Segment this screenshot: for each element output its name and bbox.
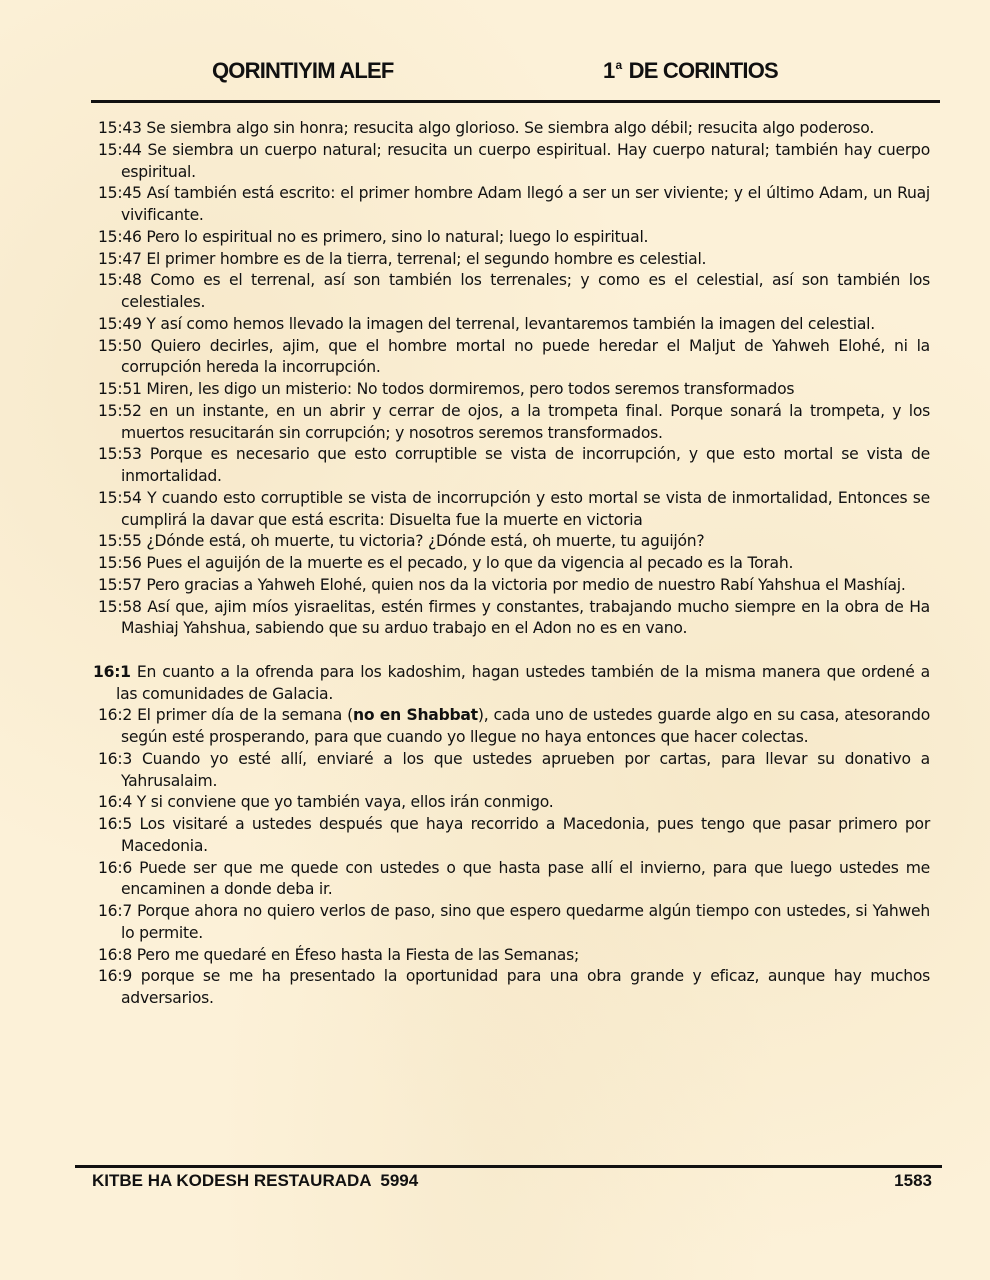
- verse: 15:58 Así que, ajim míos yisraelitas, es…: [98, 597, 930, 641]
- verse-text: Pero lo espiritual no es primero, sino l…: [146, 228, 648, 246]
- verse-text: porque se me ha presentado la oportunida…: [121, 967, 930, 1007]
- verse-number: 15:56: [98, 554, 142, 572]
- footer-divider: [75, 1165, 942, 1168]
- verse: 16:5 Los visitaré a ustedes después que …: [98, 814, 930, 858]
- verse-text: Puede ser que me quede con ustedes o que…: [121, 859, 930, 899]
- verse: 16:9 porque se me ha presentado la oport…: [98, 966, 930, 1010]
- verse-text: Porque ahora no quiero verlos de paso, s…: [121, 902, 930, 942]
- verse-text: Miren, les digo un misterio: No todos do…: [146, 380, 794, 398]
- scripture-text: 15:43 Se siembra algo sin honra; resucit…: [98, 118, 930, 1010]
- verse: 16:8 Pero me quedaré en Éfeso hasta la F…: [98, 945, 930, 967]
- page-footer: KITBE HA KODESH RESTAURADA 5994 1583: [92, 1171, 932, 1193]
- verse-emphasis: no en Shabbat: [353, 706, 478, 724]
- page-header: QORINTIYIM ALEF 1a DE CORINTIOS: [0, 58, 990, 92]
- footer-title: KITBE HA KODESH RESTAURADA 5994: [92, 1171, 418, 1191]
- verse-text: Y cuando esto corruptible se vista de in…: [121, 489, 930, 529]
- verse: 15:51 Miren, les digo un misterio: No to…: [98, 379, 930, 401]
- verse: 15:50 Quiero decirles, ajim, que el homb…: [98, 336, 930, 380]
- verse-text: Pues el aguijón de la muerte es el pecad…: [146, 554, 793, 572]
- verse-number: 16:7: [98, 902, 132, 920]
- verse: 15:45 Así también está escrito: el prime…: [98, 183, 930, 227]
- verse-number: 16:9: [98, 967, 132, 985]
- verse: 15:55 ¿Dónde está, oh muerte, tu victori…: [98, 531, 930, 553]
- verse: 16:6 Puede ser que me quede con ustedes …: [98, 858, 930, 902]
- header-ordinal-superscript: a: [615, 58, 621, 72]
- verse-number: 16:8: [98, 946, 132, 964]
- verse: 15:48 Como es el terrenal, así son tambi…: [98, 270, 930, 314]
- header-book-title-hebrew: QORINTIYIM ALEF: [212, 58, 394, 84]
- header-book-number: 1: [603, 58, 614, 83]
- verse-number: 15:57: [98, 576, 142, 594]
- header-book-name: DE CORINTIOS: [629, 58, 778, 83]
- verse: 16:4 Y si conviene que yo también vaya, …: [98, 792, 930, 814]
- verse-number: 15:53: [98, 445, 142, 463]
- verse-text: ¿Dónde está, oh muerte, tu victoria? ¿Dó…: [146, 532, 704, 550]
- verse: 15:53 Porque es necesario que esto corru…: [98, 444, 930, 488]
- verse-text: Así que, ajim míos yisraelitas, estén fi…: [121, 598, 930, 638]
- verse-number: 15:48: [98, 271, 142, 289]
- verse-number: 15:58: [98, 598, 142, 616]
- verse-number: 16:2: [98, 706, 132, 724]
- verse: 15:56 Pues el aguijón de la muerte es el…: [98, 553, 930, 575]
- verse-text: Se siembra un cuerpo natural; resucita u…: [121, 141, 930, 181]
- verse-text: El primer hombre es de la tierra, terren…: [146, 250, 706, 268]
- verse-number: 15:54: [98, 489, 142, 507]
- verse-text: Porque es necesario que esto corruptible…: [121, 445, 930, 485]
- verse-text: Pero gracias a Yahweh Elohé, quien nos d…: [146, 576, 905, 594]
- verse: 15:49 Y así como hemos llevado la imagen…: [98, 314, 930, 336]
- verse: 15:44 Se siembra un cuerpo natural; resu…: [98, 140, 930, 184]
- verse-text: Quiero decirles, ajim, que el hombre mor…: [121, 337, 930, 377]
- header-book-title-spanish: 1a DE CORINTIOS: [603, 58, 778, 84]
- verse: 16:7 Porque ahora no quiero verlos de pa…: [98, 901, 930, 945]
- verse-text: Pero me quedaré en Éfeso hasta la Fiesta…: [137, 946, 579, 964]
- verse-text: Y así como hemos llevado la imagen del t…: [146, 315, 875, 333]
- verse-text: En cuanto a la ofrenda para los kadoshim…: [116, 663, 930, 703]
- verse-text: Así también está escrito: el primer homb…: [121, 184, 930, 224]
- verse-number: 16:3: [98, 750, 132, 768]
- verse-number: 15:55: [98, 532, 142, 550]
- verse: 15:52 en un instante, en un abrir y cerr…: [98, 401, 930, 445]
- verse-text: Se siembra algo sin honra; resucita algo…: [146, 119, 874, 137]
- verse-text: Los visitaré a ustedes después que haya …: [121, 815, 930, 855]
- verse: 15:57 Pero gracias a Yahweh Elohé, quien…: [98, 575, 930, 597]
- verse-number: 15:44: [98, 141, 142, 159]
- verse-text-before: El primer día de la semana (: [137, 706, 353, 724]
- verse-text: en un instante, en un abrir y cerrar de …: [121, 402, 930, 442]
- verse-number: 16:4: [98, 793, 132, 811]
- verse-text: Como es el terrenal, así son también los…: [121, 271, 930, 311]
- verse-number: 15:49: [98, 315, 142, 333]
- verse-number: 15:43: [98, 119, 142, 137]
- verse: 15:43 Se siembra algo sin honra; resucit…: [98, 118, 930, 140]
- verse: 16:3 Cuando yo esté allí, enviaré a los …: [98, 749, 930, 793]
- verse-number: 15:45: [98, 184, 142, 202]
- chapter-16-first-verse: 16:1 En cuanto a la ofrenda para los kad…: [93, 662, 930, 706]
- verse-number: 15:50: [98, 337, 142, 355]
- verse: 15:46 Pero lo espiritual no es primero, …: [98, 227, 930, 249]
- verse: 16:2 El primer día de la semana (no en S…: [98, 705, 930, 749]
- header-divider: [91, 100, 940, 103]
- verse: 15:54 Y cuando esto corruptible se vista…: [98, 488, 930, 532]
- chapter-verse-number: 16:1: [93, 663, 131, 681]
- verse-text: Cuando yo esté allí, enviaré a los que u…: [121, 750, 930, 790]
- verse-text: Y si conviene que yo también vaya, ellos…: [137, 793, 554, 811]
- page-number: 1583: [894, 1171, 932, 1191]
- verse-number: 15:46: [98, 228, 142, 246]
- verse-number: 16:6: [98, 859, 132, 877]
- verse-number: 15:52: [98, 402, 142, 420]
- verse-number: 16:5: [98, 815, 132, 833]
- verse: 15:47 El primer hombre es de la tierra, …: [98, 249, 930, 271]
- verse-number: 15:47: [98, 250, 142, 268]
- verse-number: 15:51: [98, 380, 142, 398]
